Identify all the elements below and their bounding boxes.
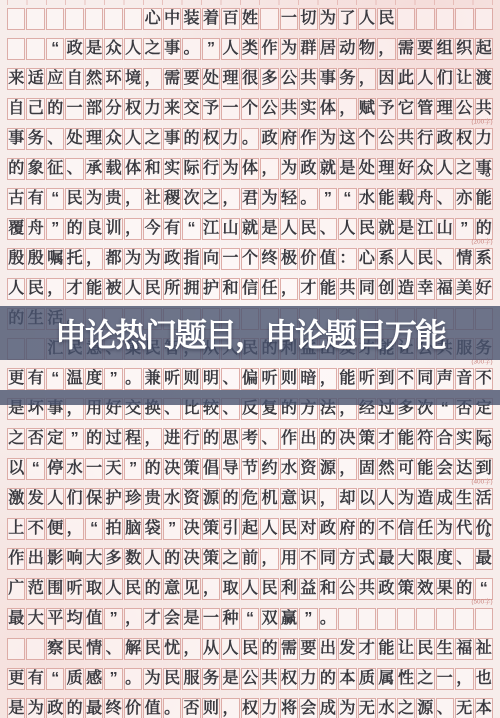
char-cell: 事 <box>7 128 25 150</box>
char-cell: 亦 <box>455 188 473 210</box>
char-cell: 作 <box>280 428 298 450</box>
char-cell: 体 <box>319 98 337 120</box>
char-cell: “ <box>46 38 64 60</box>
char-cell: 殷 <box>7 248 25 270</box>
char-cell: 创 <box>377 278 395 300</box>
char-cell: 节 <box>241 458 259 480</box>
char-cell: 意 <box>280 488 298 510</box>
char-cell: 自 <box>65 68 83 90</box>
char-cell: 偏 <box>241 368 259 390</box>
char-cell: 保 <box>85 488 103 510</box>
char-cell: 终 <box>104 698 122 718</box>
char-cell: “ <box>46 368 64 390</box>
char-cell: 源 <box>416 698 434 718</box>
char-cell: 境 <box>124 68 142 90</box>
char-cell: 。 <box>182 38 200 60</box>
char-cell: 造 <box>416 488 434 510</box>
char-cell: 实 <box>299 98 317 120</box>
char-cell: 多 <box>260 68 278 90</box>
char-cell: 人 <box>124 38 142 60</box>
char-cell: 是 <box>260 218 278 240</box>
char-cell: 理 <box>377 158 395 180</box>
char-cell: 一 <box>202 608 220 630</box>
char-cell: 的 <box>7 158 25 180</box>
char-cell: ， <box>319 488 337 510</box>
char-cell: 之 <box>7 428 25 450</box>
char-cell: 值 <box>319 248 337 270</box>
char-cell: 处 <box>358 158 376 180</box>
char-cell: 祉 <box>475 638 493 660</box>
char-cell: 象 <box>26 158 44 180</box>
char-cell: 交 <box>182 98 200 120</box>
char-cell: ” <box>163 518 181 540</box>
char-cell: 和 <box>319 578 337 600</box>
char-cell: 人 <box>143 548 161 570</box>
char-cell: 为 <box>436 518 454 540</box>
char-cell: 同 <box>416 368 434 390</box>
char-cell: 发 <box>338 638 356 660</box>
char-cell: 策 <box>182 458 200 480</box>
char-cell: 织 <box>455 38 473 60</box>
char-cell: 个 <box>358 128 376 150</box>
char-cell: 固 <box>358 458 376 480</box>
char-cell: 个 <box>241 98 259 120</box>
char-cell: ， <box>455 668 473 690</box>
char-cell: 权 <box>124 98 142 120</box>
char-cell <box>26 8 44 30</box>
char-cell: 最 <box>377 548 395 570</box>
char-cell: 。 <box>163 698 181 718</box>
char-cell: 以 <box>7 458 25 480</box>
char-cell: 、 <box>46 128 64 150</box>
char-cell: 让 <box>455 68 473 90</box>
char-cell: 信 <box>397 518 415 540</box>
char-cell: 理 <box>436 98 454 120</box>
char-cell: 的 <box>182 128 200 150</box>
char-cell: ” <box>104 668 122 690</box>
char-cell: ” <box>124 458 142 480</box>
char-cell: 心 <box>143 8 161 30</box>
char-cell: 力 <box>260 698 278 718</box>
char-cell: 管 <box>416 98 434 120</box>
char-cell: 更 <box>7 668 25 690</box>
char-cell: “ <box>475 578 493 600</box>
char-cell: 围 <box>46 578 64 600</box>
char-cell: “ <box>241 608 259 630</box>
char-cell: 权 <box>241 698 259 718</box>
char-cell: 切 <box>299 8 317 30</box>
char-cell: 响 <box>65 548 83 570</box>
char-cell: 共 <box>397 128 415 150</box>
char-cell: 拥 <box>182 278 200 300</box>
char-cell: 物 <box>358 38 376 60</box>
char-cell: 民 <box>358 218 376 240</box>
char-cell: 最 <box>7 608 25 630</box>
char-cell: 人 <box>358 8 376 30</box>
char-cell: 不 <box>397 368 415 390</box>
char-cell: 范 <box>26 578 44 600</box>
char-cell: 次 <box>182 188 200 210</box>
char-cell: ” <box>455 218 473 240</box>
char-cell: 为 <box>397 488 415 510</box>
char-cell: 人 <box>260 518 278 540</box>
char-cell: “ <box>26 458 44 480</box>
char-cell: “ <box>46 668 64 690</box>
char-cell: 应 <box>46 68 64 90</box>
char-cell: 才 <box>377 428 395 450</box>
char-cell: 理 <box>221 68 239 90</box>
char-cell <box>85 8 103 30</box>
char-cell: 们 <box>65 488 83 510</box>
char-cell: 极 <box>280 248 298 270</box>
char-cell: 贵 <box>104 188 122 210</box>
char-cell: 最 <box>85 698 103 718</box>
char-cell: 一 <box>221 98 239 120</box>
char-cell: 多 <box>104 548 122 570</box>
char-cell: 有 <box>163 218 181 240</box>
char-cell: 一 <box>280 8 298 30</box>
char-cell: 分 <box>104 98 122 120</box>
char-cell: 要 <box>299 638 317 660</box>
char-cell: 到 <box>475 458 493 480</box>
char-cell: 的 <box>143 578 161 600</box>
char-cell: 人 <box>397 248 415 270</box>
char-cell: 天 <box>104 458 122 480</box>
char-cell: 山 <box>221 218 239 240</box>
char-cell: 决 <box>182 518 200 540</box>
char-cell: 策 <box>358 428 376 450</box>
char-cell: ， <box>182 638 200 660</box>
grid-row: 广范围听取人民的意见，取人民利益和公共政策效果的“(500字) <box>7 578 493 600</box>
char-cell: 成 <box>319 698 337 718</box>
char-cell: 人 <box>221 638 239 660</box>
char-cell: 利 <box>280 578 298 600</box>
char-cell: 民 <box>124 578 142 600</box>
char-cell: 到 <box>377 368 395 390</box>
char-cell: 果 <box>436 578 454 600</box>
char-cell: 载 <box>104 158 122 180</box>
char-cell: 权 <box>455 128 473 150</box>
char-cell: 赋 <box>358 98 376 120</box>
char-cell: 起 <box>241 518 259 540</box>
char-cell <box>475 608 493 630</box>
char-cell: 识 <box>299 488 317 510</box>
char-cell: 共 <box>338 278 356 300</box>
char-cell: 社 <box>143 188 161 210</box>
char-cell: ， <box>377 38 395 60</box>
char-cell: 为 <box>319 8 337 30</box>
char-cell: 人 <box>241 578 259 600</box>
char-cell: 出 <box>319 638 337 660</box>
char-cell: 大 <box>85 548 103 570</box>
char-cell: 则 <box>182 368 200 390</box>
char-cell: 声 <box>436 368 454 390</box>
char-cell: 自 <box>7 98 25 120</box>
char-cell: 本 <box>338 668 356 690</box>
char-cell: 水 <box>65 458 83 480</box>
char-cell: 广 <box>7 578 25 600</box>
char-cell: 和 <box>221 278 239 300</box>
char-cell: 的 <box>358 518 376 540</box>
char-cell: 造 <box>397 278 415 300</box>
char-cell: 为 <box>260 188 278 210</box>
char-cell: 姓 <box>241 8 259 30</box>
char-cell: 需 <box>280 638 298 660</box>
char-cell: 组 <box>436 38 454 60</box>
char-cell: 公 <box>377 128 395 150</box>
char-cell: 方 <box>338 548 356 570</box>
char-cell: 发 <box>26 488 44 510</box>
char-cell: 的 <box>65 218 83 240</box>
char-cell: 装 <box>182 8 200 30</box>
char-cell: 处 <box>65 128 83 150</box>
char-cell: 质 <box>358 668 376 690</box>
char-cell: 拍 <box>104 518 122 540</box>
char-cell: 为 <box>85 188 103 210</box>
char-cell: 良 <box>85 218 103 240</box>
char-cell: 有 <box>26 668 44 690</box>
char-cell <box>338 608 356 630</box>
char-cell: 有 <box>26 188 44 210</box>
char-cell: 民 <box>377 8 395 30</box>
char-cell: ” <box>104 368 122 390</box>
char-cell: 居 <box>319 38 337 60</box>
char-cell: 民 <box>163 668 181 690</box>
char-cell: 信 <box>241 278 259 300</box>
char-cell: 限 <box>416 548 434 570</box>
char-cell: 活 <box>475 488 493 510</box>
char-cell: 民 <box>416 638 434 660</box>
char-cell: 过 <box>104 428 122 450</box>
char-cell: 力 <box>221 128 239 150</box>
page: { "overlay": { "banner_text": "申论热门题目，申论… <box>0 0 500 718</box>
char-cell: 被 <box>104 278 122 300</box>
char-cell: 就 <box>377 218 395 240</box>
char-cell: 大 <box>26 608 44 630</box>
char-cell: 众 <box>104 38 122 60</box>
char-cell: ” <box>319 188 337 210</box>
char-cell: 让 <box>397 638 415 660</box>
char-cell: ， <box>358 68 376 90</box>
grid-row: 以“停水一天”的决策倡导节约水资源，固然可能会达到(400字) <box>7 458 493 480</box>
char-cell: 服 <box>182 668 200 690</box>
char-cell: ， <box>260 548 278 570</box>
char-cell: 不 <box>299 548 317 570</box>
char-cell: 则 <box>280 368 298 390</box>
char-cell: 一 <box>85 458 103 480</box>
char-cell: 、 <box>104 638 122 660</box>
char-cell: 危 <box>241 488 259 510</box>
char-cell: 的 <box>475 218 493 240</box>
char-cell: 考 <box>241 428 259 450</box>
char-cell <box>358 608 376 630</box>
char-cell: 政 <box>299 158 317 180</box>
char-cell: 务 <box>338 68 356 90</box>
char-cell: 覆 <box>7 218 25 240</box>
char-cell: 务 <box>202 668 220 690</box>
char-cell: 、 <box>221 368 239 390</box>
char-cell: “ <box>338 188 356 210</box>
char-cell: 的 <box>221 488 239 510</box>
char-cell: 予 <box>377 98 395 120</box>
char-cell: 水 <box>358 188 376 210</box>
char-cell: 民 <box>65 188 83 210</box>
char-cell: 众 <box>416 158 434 180</box>
grid-row: 最大平均值”，才会是一种“双赢”。 <box>7 608 493 630</box>
char-cell: 人 <box>124 128 142 150</box>
char-cell: 力 <box>143 98 161 120</box>
char-cell: 、 <box>436 248 454 270</box>
char-cell: 决 <box>163 458 181 480</box>
char-cell <box>377 608 395 630</box>
char-cell: 。 <box>124 368 142 390</box>
watermark-banner: 申论热门题目，申论题目万能 <box>0 306 500 360</box>
char-cell: 人 <box>436 158 454 180</box>
char-cell: 、 <box>436 698 454 718</box>
word-count-marker: (100字) <box>472 118 493 125</box>
grid-row: 察民情、解民忧，从人民的需要出发才能让民生福祉 <box>7 638 493 660</box>
char-cell: 的 <box>319 428 337 450</box>
char-cell: 民 <box>65 638 83 660</box>
char-cell: 资 <box>299 458 317 480</box>
grid-row: 自己的一部分权力来交予一个公共实体，赋予它管理公共(100字) <box>7 98 493 120</box>
char-cell: 行 <box>202 158 220 180</box>
char-cell: 能 <box>397 428 415 450</box>
char-cell: 载 <box>397 188 415 210</box>
char-cell: 资 <box>182 488 200 510</box>
char-cell: 人 <box>124 278 142 300</box>
char-cell: 公 <box>338 578 356 600</box>
char-cell: 一 <box>65 98 83 120</box>
char-cell: 是 <box>85 38 103 60</box>
char-cell: ， <box>46 278 64 300</box>
char-cell: 出 <box>26 548 44 570</box>
char-cell: ” <box>299 608 317 630</box>
char-cell: 为 <box>319 128 337 150</box>
char-cell: 行 <box>182 428 200 450</box>
char-cell: 实 <box>163 158 181 180</box>
char-cell: 实 <box>455 428 473 450</box>
char-cell: 民 <box>26 278 44 300</box>
word-count-marker: (200字) <box>472 238 493 245</box>
char-cell: ： <box>338 248 356 270</box>
word-count-marker: (400字) <box>472 478 493 485</box>
char-cell: 渡 <box>475 68 493 90</box>
char-cell: 不 <box>475 368 493 390</box>
char-cell: “ <box>46 188 64 210</box>
char-cell: 策 <box>202 518 220 540</box>
char-cell: 、 <box>436 188 454 210</box>
char-cell: 的 <box>46 98 64 120</box>
char-cell: 人 <box>46 488 64 510</box>
char-cell: 舟 <box>26 218 44 240</box>
char-cell: 双 <box>260 608 278 630</box>
char-cell: 的 <box>143 458 161 480</box>
char-cell: 行 <box>416 128 434 150</box>
char-cell: 指 <box>182 248 200 270</box>
char-cell: 能 <box>319 278 337 300</box>
char-cell: ” <box>65 428 83 450</box>
char-cell: 处 <box>202 68 220 90</box>
char-cell: 因 <box>377 68 395 90</box>
char-cell: 的 <box>202 428 220 450</box>
char-cell: 心 <box>358 248 376 270</box>
char-cell: 忧 <box>163 638 181 660</box>
char-cell: 政 <box>319 518 337 540</box>
char-cell: 众 <box>104 128 122 150</box>
char-cell: 人 <box>221 38 239 60</box>
char-cell: 公 <box>280 68 298 90</box>
char-cell: 将 <box>280 698 298 718</box>
char-cell: 和 <box>143 158 161 180</box>
char-cell: 之 <box>202 188 220 210</box>
char-cell: 府 <box>338 518 356 540</box>
char-cell: 共 <box>475 98 493 120</box>
char-cell: 符 <box>416 428 434 450</box>
char-cell: 的 <box>455 578 473 600</box>
char-cell <box>46 8 64 30</box>
char-cell: 听 <box>163 368 181 390</box>
char-cell: 能 <box>377 188 395 210</box>
char-cell: 福 <box>436 278 454 300</box>
char-cell: 同 <box>358 278 376 300</box>
char-cell: 听 <box>260 368 278 390</box>
grid-row: 是为政的最终价值。否则，权力将会成为无水之源、无本(600字) <box>7 698 493 718</box>
char-cell: 取 <box>221 578 239 600</box>
char-cell: 前 <box>241 548 259 570</box>
char-cell: 了 <box>338 8 356 30</box>
char-cell: 。 <box>124 668 142 690</box>
char-cell: 群 <box>299 38 317 60</box>
char-cell: 也 <box>475 668 493 690</box>
char-cell: 成 <box>436 488 454 510</box>
char-cell: 本 <box>475 698 493 718</box>
char-cell: 美 <box>455 278 473 300</box>
char-cell: 政 <box>377 578 395 600</box>
char-cell: 脑 <box>124 518 142 540</box>
char-cell: 之 <box>143 38 161 60</box>
char-cell: 出 <box>299 428 317 450</box>
char-cell: ， <box>143 68 161 90</box>
overflow-punctuation: 。 <box>485 429 500 450</box>
char-cell: 上 <box>7 518 25 540</box>
char-cell: ， <box>202 578 220 600</box>
char-cell: 们 <box>436 68 454 90</box>
char-cell: 的 <box>163 548 181 570</box>
char-cell: 公 <box>260 98 278 120</box>
char-cell: 人 <box>280 218 298 240</box>
char-cell: 人 <box>416 68 434 90</box>
char-cell: 事 <box>163 38 181 60</box>
char-cell: 作 <box>299 128 317 150</box>
char-cell: 赢 <box>280 608 298 630</box>
char-cell: 兼 <box>143 368 161 390</box>
char-cell: 种 <box>221 608 239 630</box>
char-cell: 。 <box>299 188 317 210</box>
char-cell: 之 <box>221 548 239 570</box>
char-cell: 对 <box>299 518 317 540</box>
char-cell: 度 <box>436 548 454 570</box>
char-cell: 福 <box>455 638 473 660</box>
char-cell: 护 <box>104 488 122 510</box>
char-cell: 山 <box>436 218 454 240</box>
char-cell: 源 <box>202 488 220 510</box>
char-cell: 江 <box>202 218 220 240</box>
char-cell: 好 <box>397 158 415 180</box>
char-cell: 同 <box>319 548 337 570</box>
char-cell: 决 <box>182 548 200 570</box>
char-cell: 稷 <box>163 188 181 210</box>
